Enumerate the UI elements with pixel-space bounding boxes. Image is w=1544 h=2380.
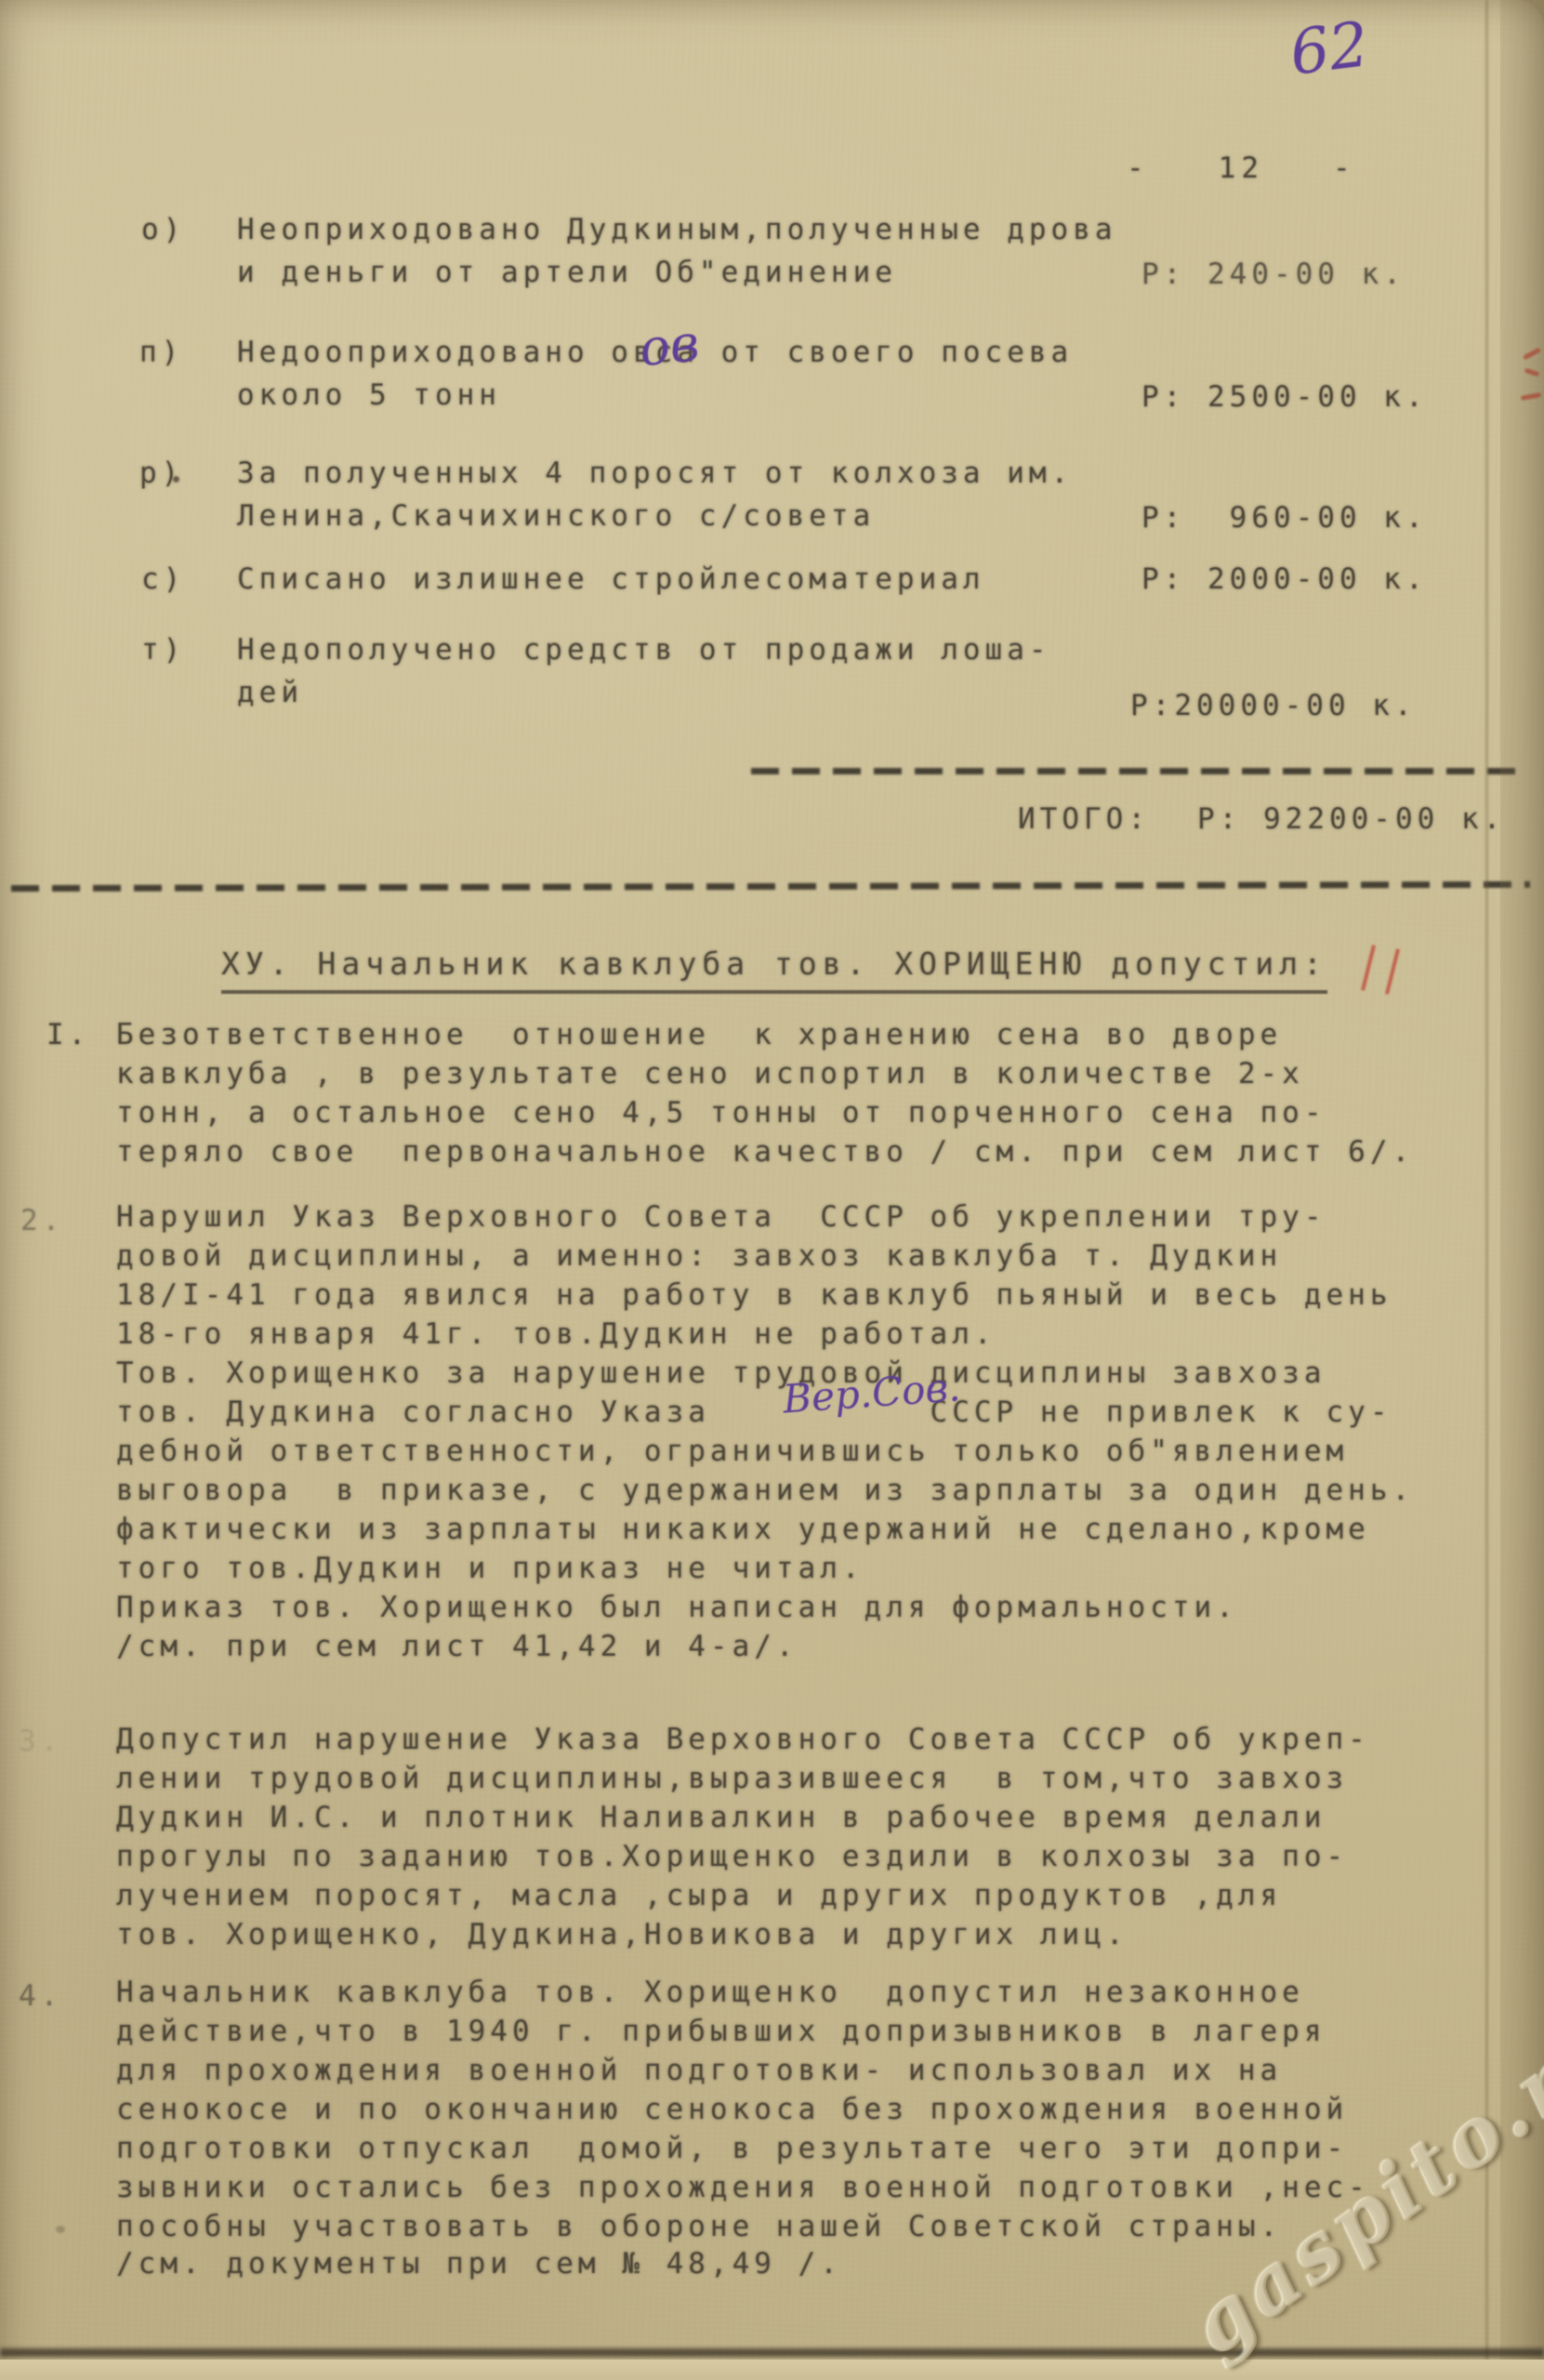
item-text: Списано излишнее стройлесоматериал — [237, 558, 985, 601]
handwritten-oats-correction: ов — [637, 313, 702, 377]
item-amount: Р: 960-00 к. — [1142, 496, 1428, 539]
paragraph-text: Нарушил Указ Верховного Совета СССР об у… — [116, 1197, 1520, 1666]
item-letter: п) — [139, 331, 183, 374]
document-scan: 62 - 12 - о) Неоприходовано Дудкиным,пол… — [0, 0, 1544, 2380]
item-amount: Р:20000-00 к. — [1130, 684, 1417, 727]
ink-speck — [173, 476, 179, 483]
paragraph-reference: /см. документы при сем № 48,49 /. — [116, 2244, 842, 2283]
item-text: За полученных 4 поросят от колхоза им. Л… — [237, 452, 1073, 537]
paragraph-number: I. — [46, 1015, 90, 1054]
total-label: ИТОГО: — [1018, 800, 1150, 839]
handwritten-sheet-number: 62 — [1287, 8, 1373, 89]
item-letter: р) — [139, 452, 183, 495]
paragraph-text: Допустил нарушение Указа Верховного Сове… — [116, 1720, 1520, 1954]
item-amount: Р: 240-00 к. — [1142, 253, 1405, 296]
total-amount: Р: 92200-00 к. — [1197, 800, 1505, 839]
ink-speck — [56, 2226, 65, 2233]
item-letter: о) — [141, 208, 185, 251]
totals-separator-line — [751, 768, 1519, 774]
item-amount: Р: 2000-00 к. — [1142, 558, 1428, 601]
item-amount: Р: 2500-00 к. — [1142, 376, 1428, 418]
item-letter: с) — [141, 558, 185, 601]
item-text: Недополучено средств от продажи лоша- де… — [237, 628, 1051, 714]
typed-page-number: - 12 - — [1127, 149, 1356, 188]
item-letter: т) — [141, 628, 185, 671]
paragraph-number: 3. — [19, 1722, 62, 1761]
paragraph-number: 4. — [19, 1977, 62, 2016]
section-heading: ХУ. Начальник кавклуба тов. ХОРИЩЕНЮ доп… — [221, 945, 1327, 994]
paragraph-number: 2. — [20, 1201, 64, 1240]
item-text: Неоприходовано Дудкиным,полученные дрова… — [237, 208, 1117, 294]
paragraph-text: Безответственное отношение к хранению се… — [116, 1015, 1511, 1171]
